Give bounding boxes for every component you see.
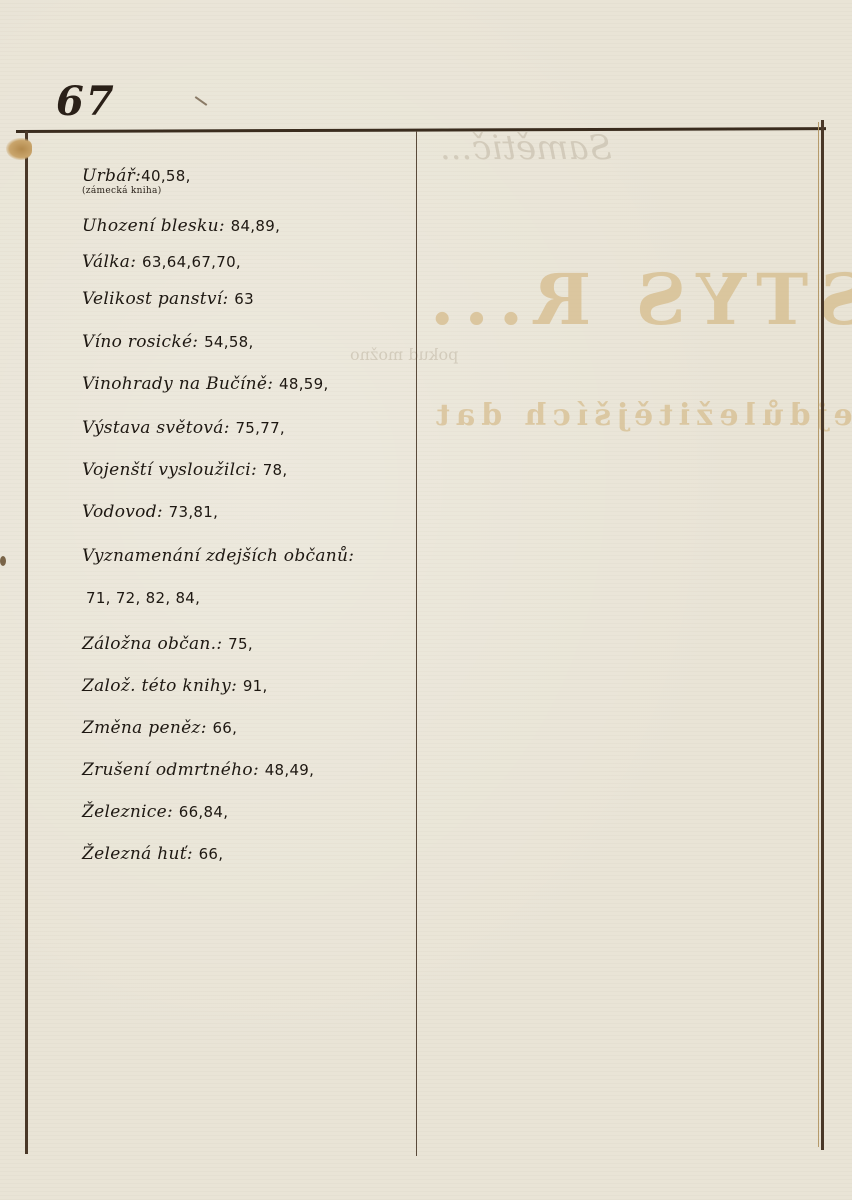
entry-term: Uhození blesku: (82, 216, 225, 236)
bleed-through-header: Samětič... (440, 128, 612, 168)
frame-top-rule (16, 127, 826, 133)
index-entry: Válka: 63,64,67,70, (82, 252, 241, 272)
entry-term: Vodovod: (82, 502, 163, 522)
entry-term: Vyznamenání zdejších občanů: (82, 546, 354, 566)
entry-term: Výstava světová: (82, 418, 230, 438)
entry-pages: 78, (263, 461, 288, 479)
index-entry: Vinohrady na Bučíně: 48,59, (82, 374, 329, 394)
entry-term: Zrušení odmrtného: (82, 760, 259, 780)
bleed-through-subtitle: pokud možno (350, 345, 458, 364)
index-entry: Uhození blesku: 84,89, (82, 216, 280, 236)
frame-right-rule (821, 120, 824, 1150)
entry-pages: 75,77, (235, 419, 285, 437)
entry-pages: 54,58, (204, 333, 254, 351)
entry-note: (zámecká kniha) (82, 186, 162, 196)
ink-stain (6, 138, 32, 160)
index-entry: Vyznamenání zdejších občanů: (82, 546, 354, 566)
entry-term: Železná huť: (82, 844, 193, 864)
entry-term: Záložna občan.: (82, 634, 222, 654)
entry-pages: 75, (228, 635, 253, 653)
index-entry: Založ. této knihy: 91, (82, 676, 268, 696)
index-entry: Železnice: 66,84, (82, 802, 228, 822)
index-entry-continuation: 71, 72, 82, 84, (86, 588, 200, 608)
index-entry: Výstava světová: 75,77, (82, 418, 285, 438)
entry-term: Změna peněz: (82, 718, 207, 738)
entry-term: Velikost panství: (82, 289, 229, 309)
entry-pages: 48,59, (279, 375, 329, 393)
entry-pages: 73,81, (169, 503, 219, 521)
bleed-through-line: Z nejdůležitějších dat (430, 398, 852, 433)
entry-term: Urbář: (82, 166, 141, 186)
entry-pages: 63 (234, 290, 254, 308)
entry-term: Válka: (82, 252, 136, 272)
stray-pen-mark (195, 96, 208, 106)
entry-term: Vojenští vysloužilci: (82, 460, 257, 480)
index-entry: Víno rosické: 54,58, (82, 332, 254, 352)
entry-term: Železnice: (82, 802, 173, 822)
frame-center-divider (416, 131, 417, 1156)
index-entry: Urbář:40,58, (zámecká kniha) (82, 166, 191, 186)
entry-term: Vinohrady na Bučíně: (82, 374, 273, 394)
frame-right-inner-rule (818, 122, 819, 1147)
index-entry: Zrušení odmrtného: 48,49, (82, 760, 314, 780)
entry-pages: 66, (212, 719, 237, 737)
entry-pages: 66, (199, 845, 224, 863)
entry-pages: 66,84, (179, 803, 229, 821)
entry-pages: 48,49, (265, 761, 315, 779)
index-entry: Vojenští vysloužilci: 78, (82, 460, 287, 480)
bleed-through-title: MĚSTYS R... (420, 258, 852, 341)
entry-pages: 91, (243, 677, 268, 695)
entry-pages: 71, 72, 82, 84, (86, 589, 200, 607)
entry-pages: 84,89, (231, 217, 281, 235)
entry-pages: 40,58, (141, 167, 191, 185)
entry-term: Založ. této knihy: (82, 676, 237, 696)
index-entry: Velikost panství: 63 (82, 289, 254, 309)
index-entry: Železná huť: 66, (82, 844, 223, 864)
index-entry: Vodovod: 73,81, (82, 502, 218, 522)
edge-mark (0, 556, 6, 566)
entry-term: Víno rosické: (82, 332, 198, 352)
index-entry: Změna peněz: 66, (82, 718, 237, 738)
entry-pages: 63,64,67,70, (142, 253, 241, 271)
index-entry: Záložna občan.: 75, (82, 634, 253, 654)
frame-left-rule (25, 131, 28, 1154)
page-number: 67 (56, 78, 116, 125)
